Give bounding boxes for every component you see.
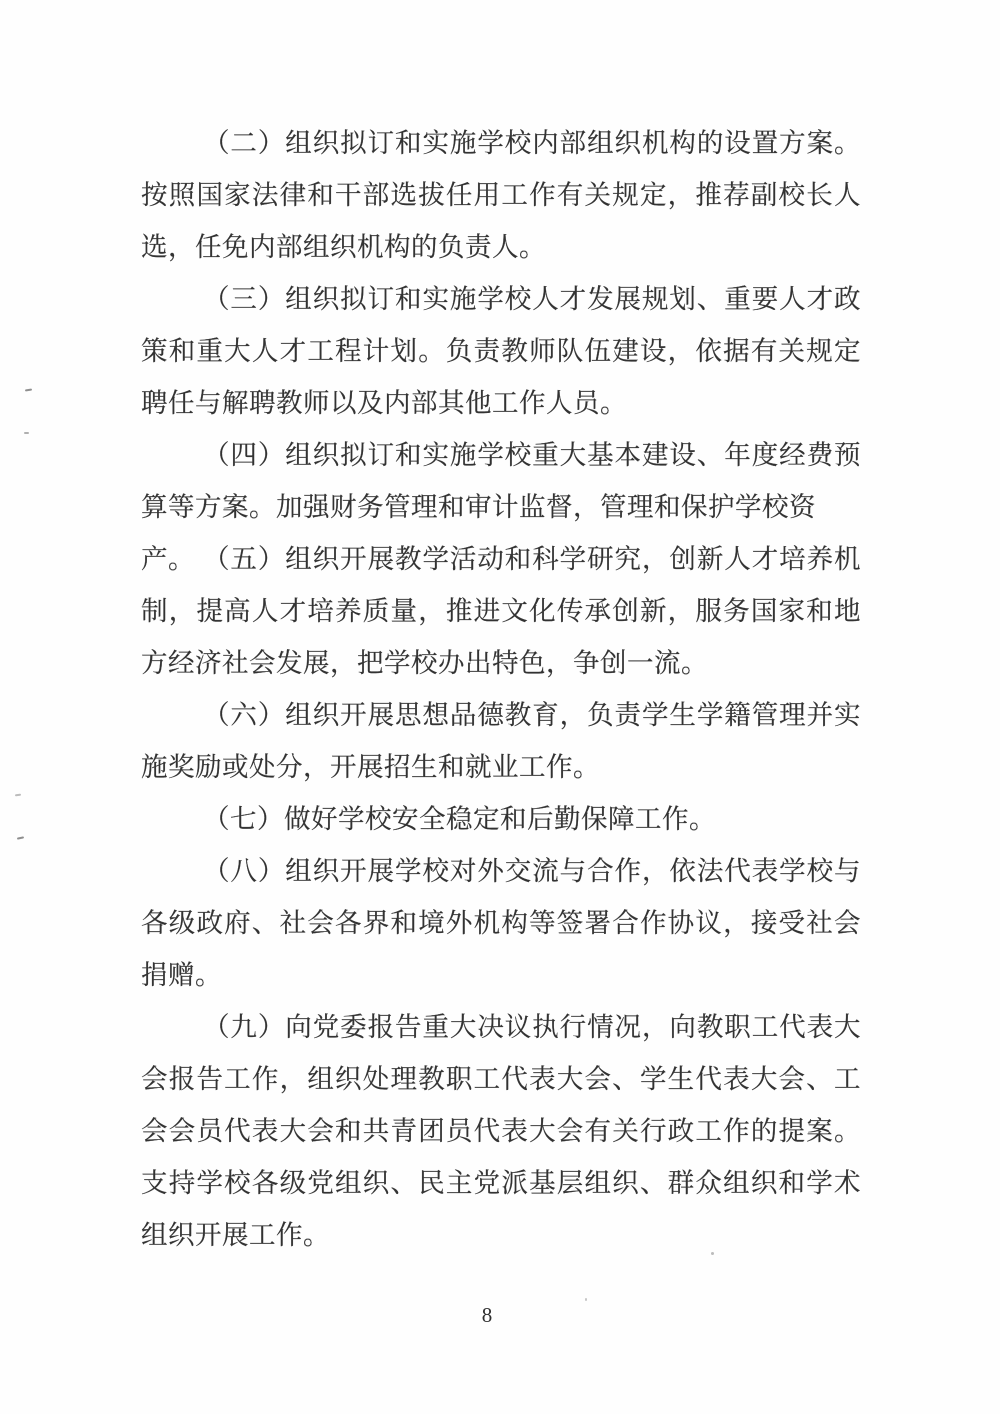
scan-artifact [15, 794, 21, 797]
text-line: 制，提高人才培养质量，推进文化传承创新，服务国家和地 [141, 585, 861, 637]
text-line: 方经济社会发展，把学校办出特色，争创一流。 [141, 637, 861, 689]
text-line: 支持学校各级党组织、民主党派基层组织、群众组织和学术 [141, 1157, 861, 1209]
text-line: 会会员代表大会和共青团员代表大会有关行政工作的提案。 [141, 1105, 861, 1157]
text-line: 策和重大人才工程计划。负责教师队伍建设，依据有关规定 [141, 325, 861, 377]
text-line: 聘任与解聘教师以及内部其他工作人员。 [141, 377, 861, 429]
text-line: 会报告工作，组织处理教职工代表大会、学生代表大会、工 [141, 1053, 861, 1105]
text-line: （六）组织开展思想品德教育，负责学生学籍管理并实 [141, 689, 861, 741]
text-line: （五）组织开展教学活动和科学研究，创新人才培养机 [141, 533, 861, 585]
text-line: 按照国家法律和干部选拔任用工作有关规定，推荐副校长人 [141, 169, 861, 221]
scan-artifact [25, 389, 32, 392]
text-line: 选，任免内部组织机构的负责人。 [141, 221, 861, 273]
text-line: 施奖励或处分，开展招生和就业工作。 [141, 741, 861, 793]
text-line: （二）组织拟订和实施学校内部组织机构的设置方案。 [141, 117, 861, 169]
text-line: 算等方案。加强财务管理和审计监督，管理和保护学校资产。 [141, 481, 861, 533]
text-line: 组织开展工作。 [141, 1209, 861, 1261]
text-line: 捐赠。 [141, 949, 861, 1001]
document-body: （二）组织拟订和实施学校内部组织机构的设置方案。按照国家法律和干部选拔任用工作有… [141, 117, 861, 1261]
text-line: （四）组织拟订和实施学校重大基本建设、年度经费预 [141, 429, 861, 481]
scan-artifact [17, 836, 24, 839]
text-line: 各级政府、社会各界和境外机构等签署合作协议，接受社会 [141, 897, 861, 949]
text-line: （七）做好学校安全稳定和后勤保障工作。 [141, 793, 861, 845]
scan-artifact [711, 1252, 714, 1255]
text-line: （三）组织拟订和实施学校人才发展规划、重要人才政 [141, 273, 861, 325]
document-page: （二）组织拟订和实施学校内部组织机构的设置方案。按照国家法律和干部选拔任用工作有… [0, 0, 1000, 1414]
page-number: 8 [0, 1303, 974, 1328]
text-line: （九）向党委报告重大决议执行情况，向教职工代表大 [141, 1001, 861, 1053]
scan-artifact [24, 432, 29, 434]
text-line: （八）组织开展学校对外交流与合作，依法代表学校与 [141, 845, 861, 897]
scan-artifact [585, 1298, 587, 1301]
